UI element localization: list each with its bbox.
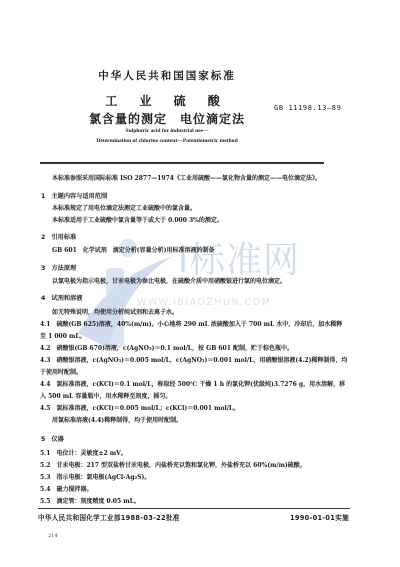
section-4-item-4-1-cont: 至 1 000 mL。 [40,333,86,341]
section-1-paragraph: 本标准规定了用电位滴定法测定工业硫酸中的氯含量。 [52,205,196,213]
section-1-heading: 1 主题内容与适用范围 [41,191,107,200]
page-number: 214 [48,533,58,539]
section-4-item-4-4-cont: 入 500 mL 容量瓶中，用水稀释至刻度，摇匀。 [40,393,171,401]
section-2-paragraph: GB 601 化学试剂 滴定分析(容量分析)用标准溶液的制备 [52,247,215,255]
section-5-item-5-2: 5.2 甘汞电极：217 型双盐桥甘汞电极，内盐桥充以饱和氯化钾，外盐桥充以 6… [40,462,306,470]
section-5-item-5-3: 5.3 指示电极：氯电极(AgCl-Ag₂S)。 [40,474,150,482]
section-5-item-5-1: 5.1 电位计：灵敏度±2 mV。 [40,450,127,458]
document-title-line2: 氯含量的测定 电位滴定法 [0,110,367,127]
section-4-item-4-3: 4.3 硝酸银溶液，c(AgNO₃)＝0.005 mol/L，c(AgNO₃)＝… [40,357,347,365]
implementation-date: 1990-01-01实施 [290,512,349,522]
watermark-text: i标准网 [178,232,300,283]
section-3-paragraph: 以氯电极为指示电极，甘汞电极为参比电极，在硫酸介质中用硝酸银进行氯的电位滴定。 [52,278,286,286]
footer-divider [38,508,350,509]
watermark-logo-icon [68,238,178,362]
approval-date: 中华人民共和国化学工业部1988-03-22批准 [38,512,180,522]
section-4-paragraph: 如无特殊说明，均使用分析纯试剂和去离子水。 [52,309,178,317]
section-4-item-4-4: 4.4 氯标准溶液，c(KCl)＝0.1 mol/L，称取经 500℃ 干燥 1… [40,381,345,389]
section-5-item-5-5: 5.5 滴定管：刻度精度 0.05 mL。 [40,498,140,506]
section-4-item-4-5-cont: 用氯标准溶液(4.4)稀释制得，均于使用时配制。 [52,417,182,425]
intro-paragraph: 本标准参照采用国际标准 ISO 2877—1974《工业用硫酸——氯化物含量的测… [52,175,321,183]
section-4-item-4-3-cont: 于使用时配制。 [40,369,82,377]
section-4-item-4-2: 4.2 硝酸银(GB 670)溶液，c(AgNO₃)＝0.1 mol/L，按 G… [40,345,293,353]
english-title-line1: Sulphuric acid for industrial use— [0,128,367,134]
section-1-paragraph: 本标准适用于工业硫酸中氯含量等于或大于 0.000 3%的测定。 [52,217,223,225]
section-5-heading: 5 仪器 [41,434,64,443]
issuing-country-heading: 中华人民共和国国家标准 [0,68,367,83]
section-2-heading: 2 引用标准 [41,232,76,241]
section-5-item-5-4: 5.4 磁力搅拌器。 [40,486,92,494]
section-4-item-4-5: 4.5 氯标准溶液，c(KCl)＝0.005 mol/L；c(KCl)＝0.00… [40,405,239,413]
watermark-url: WWW.iBIAOZHUN.COM [137,297,271,308]
section-3-heading: 3 方法原理 [41,263,76,272]
standard-number: GB 11198.13—89 [274,104,341,112]
english-title-line2: Determination of chlorine content—Potent… [0,138,367,144]
section-4-item-4-1: 4.1 硫酸(GB 625)溶液，40%(m/m)。小心地将 290 mL 浓硫… [40,321,342,329]
header-divider [40,162,324,164]
section-4-heading: 4 试剂和溶液 [41,293,82,302]
